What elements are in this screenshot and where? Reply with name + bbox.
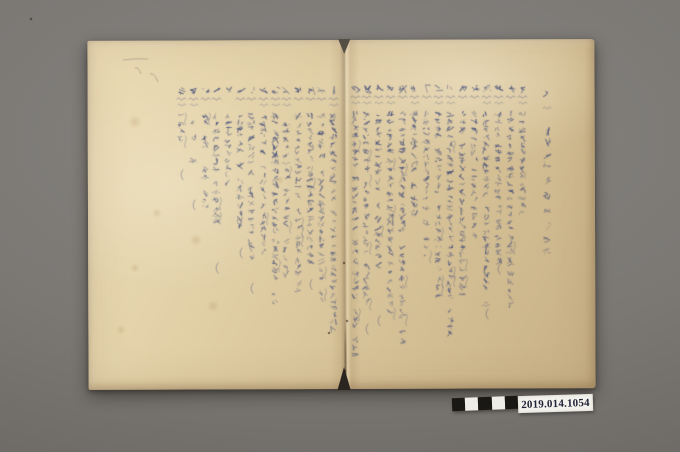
photographic-scale-bar <box>452 396 518 412</box>
photo-backdrop: 2019.014.1054 <box>0 0 680 452</box>
paper-sheen <box>87 39 595 390</box>
scale-bar-segment <box>452 398 466 411</box>
fold-tear-bottom <box>337 367 352 390</box>
catalog-label: 2019.014.1054 <box>518 394 593 413</box>
scale-bar-segment <box>491 396 505 409</box>
catalog-number: 2019.014.1054 <box>521 396 590 410</box>
fold-tear-top <box>337 39 350 54</box>
scale-bar-segment <box>505 396 519 409</box>
center-fold <box>329 40 360 389</box>
manuscript-paper <box>87 39 595 390</box>
scale-bar-segment <box>465 397 479 410</box>
scale-bar-segment <box>478 397 492 410</box>
